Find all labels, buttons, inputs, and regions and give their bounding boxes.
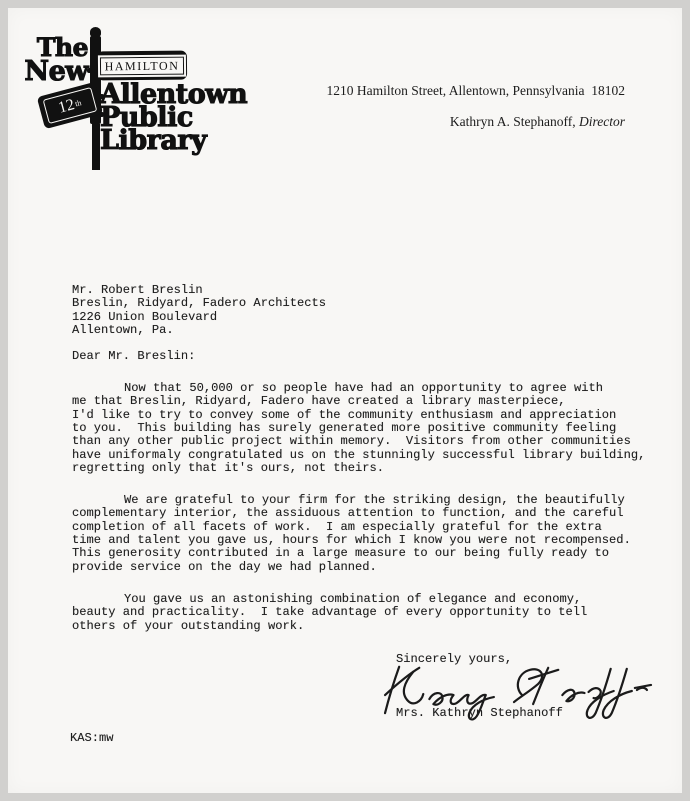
body-paragraph-1: Now that 50,000 or so people have had an…	[72, 382, 645, 475]
body-paragraph-2: We are grateful to your firm for the str…	[72, 494, 631, 574]
salutation: Dear Mr. Breslin:	[72, 350, 195, 363]
letter-paper: The New HAMILTON 12th Allentown Public L…	[8, 8, 682, 793]
letterhead-director-line: Kathryn A. Stephanoff, Director	[327, 114, 625, 130]
recipient-address-block: Mr. Robert Breslin Breslin, Ridyard, Fad…	[72, 284, 326, 337]
director-name: Kathryn A. Stephanoff,	[450, 114, 579, 129]
director-title: Director	[579, 114, 625, 129]
typed-signature-name: Mrs. Kathryn Stephanoff	[396, 707, 563, 720]
reference-initials: KAS:mw	[70, 732, 114, 745]
logo-library-name: Allentown Public Library	[100, 83, 247, 152]
logo-word-new: New	[20, 58, 88, 85]
body-paragraph-3: You gave us an astonishing combination o…	[72, 593, 587, 633]
hamilton-street-sign: HAMILTON	[97, 51, 187, 81]
letterhead-text: 1210 Hamilton Street, Allentown, Pennsyl…	[327, 83, 625, 130]
letterhead-address: 1210 Hamilton Street, Allentown, Pennsyl…	[327, 83, 625, 99]
logo-word-library: Library	[100, 129, 247, 152]
hamilton-street-sign-label: HAMILTON	[100, 56, 185, 75]
scanned-letter-page: { "letterhead": { "logo": { "line1": "Th…	[0, 0, 690, 801]
library-logo: The New HAMILTON 12th Allentown Public L…	[23, 30, 245, 172]
signpost-pole-lower-icon	[92, 124, 100, 170]
